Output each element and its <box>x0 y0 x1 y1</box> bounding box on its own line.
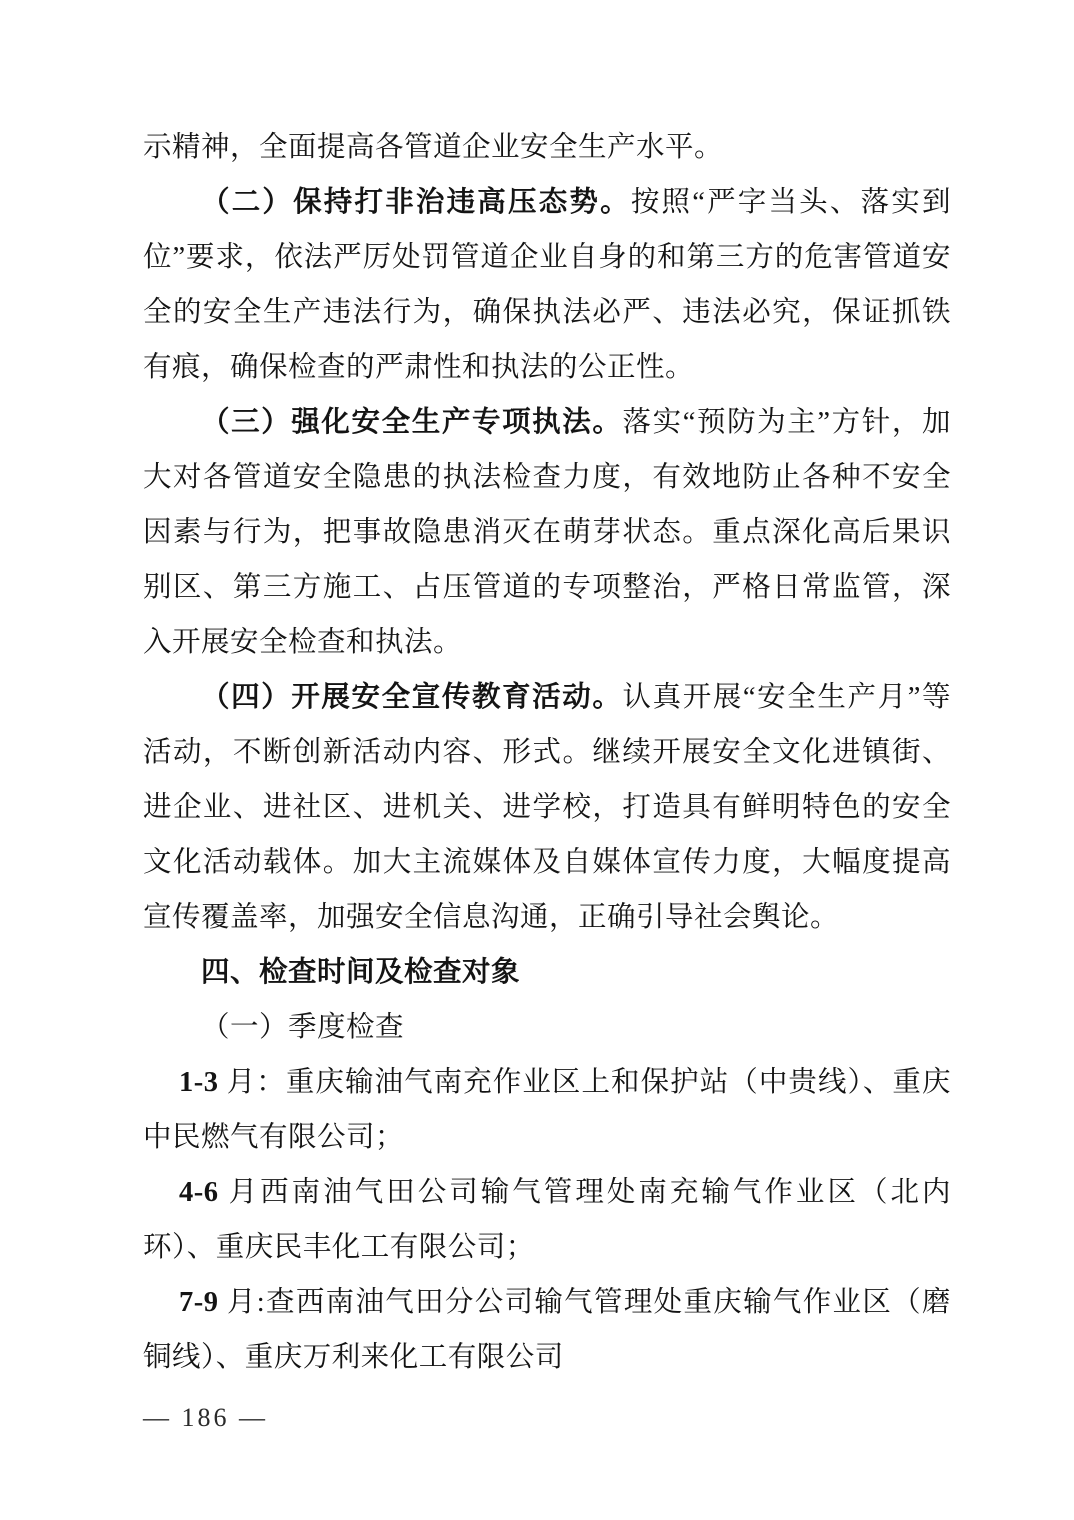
schedule-q1-text: 月：重庆输油气南充作业区上和保护站（中贵线）、重庆中民燃气有限公司； <box>143 1067 951 1153</box>
paragraph-section-2: （二）保持打非治违高压态势。按照“严字当头、落实到位”要求，依法严厉处罚管道企业… <box>143 175 951 395</box>
section-3-text: 落实“预防为主”方针，加大对各管道安全隐患的执法检查力度，有效地防止各种不安全因… <box>143 407 951 658</box>
section-2-lead: （二）保持打非治违高压态势。 <box>201 187 631 218</box>
paragraph-continued: 示精神，全面提高各管道企业安全生产水平。 <box>143 120 951 175</box>
section-4-lead: （四）开展安全宣传教育活动。 <box>201 682 623 713</box>
section-3-lead: （三）强化安全生产专项执法。 <box>201 407 623 438</box>
paragraph-section-3: （三）强化安全生产专项执法。落实“预防为主”方针，加大对各管道安全隐患的执法检查… <box>143 395 951 670</box>
page-number: — 186 — <box>143 1398 268 1438</box>
schedule-item-q1: 1-3 月：重庆输油气南充作业区上和保护站（中贵线）、重庆中民燃气有限公司； <box>143 1055 951 1165</box>
schedule-item-q3: 7-9 月:查西南油气田分公司输气管理处重庆输气作业区（磨铜线）、重庆万利来化工… <box>143 1275 951 1385</box>
schedule-q3-months: 7-9 <box>179 1287 219 1318</box>
schedule-q2-text: 月西南油气田公司输气管理处南充输气作业区（北内环）、重庆民丰化工有限公司； <box>143 1177 951 1263</box>
section-4-text: 认真开展“安全生产月”等活动，不断创新活动内容、形式。继续开展安全文化进镇街、进… <box>143 682 951 933</box>
document-page: 示精神，全面提高各管道企业安全生产水平。 （二）保持打非治违高压态势。按照“严字… <box>0 0 1074 1520</box>
schedule-item-q2: 4-6 月西南油气田公司输气管理处南充输气作业区（北内环）、重庆民丰化工有限公司… <box>143 1165 951 1275</box>
heading-subsection-one: （一）季度检查 <box>143 1000 951 1055</box>
paragraph-section-4: （四）开展安全宣传教育活动。认真开展“安全生产月”等活动，不断创新活动内容、形式… <box>143 670 951 945</box>
heading-section-four: 四、检查时间及检查对象 <box>143 945 951 1000</box>
schedule-q2-months: 4-6 <box>179 1177 219 1208</box>
schedule-q1-months: 1-3 <box>179 1067 219 1098</box>
schedule-q3-text: 月:查西南油气田分公司输气管理处重庆输气作业区（磨铜线）、重庆万利来化工有限公司 <box>143 1287 951 1373</box>
document-body: 示精神，全面提高各管道企业安全生产水平。 （二）保持打非治违高压态势。按照“严字… <box>143 120 951 1385</box>
